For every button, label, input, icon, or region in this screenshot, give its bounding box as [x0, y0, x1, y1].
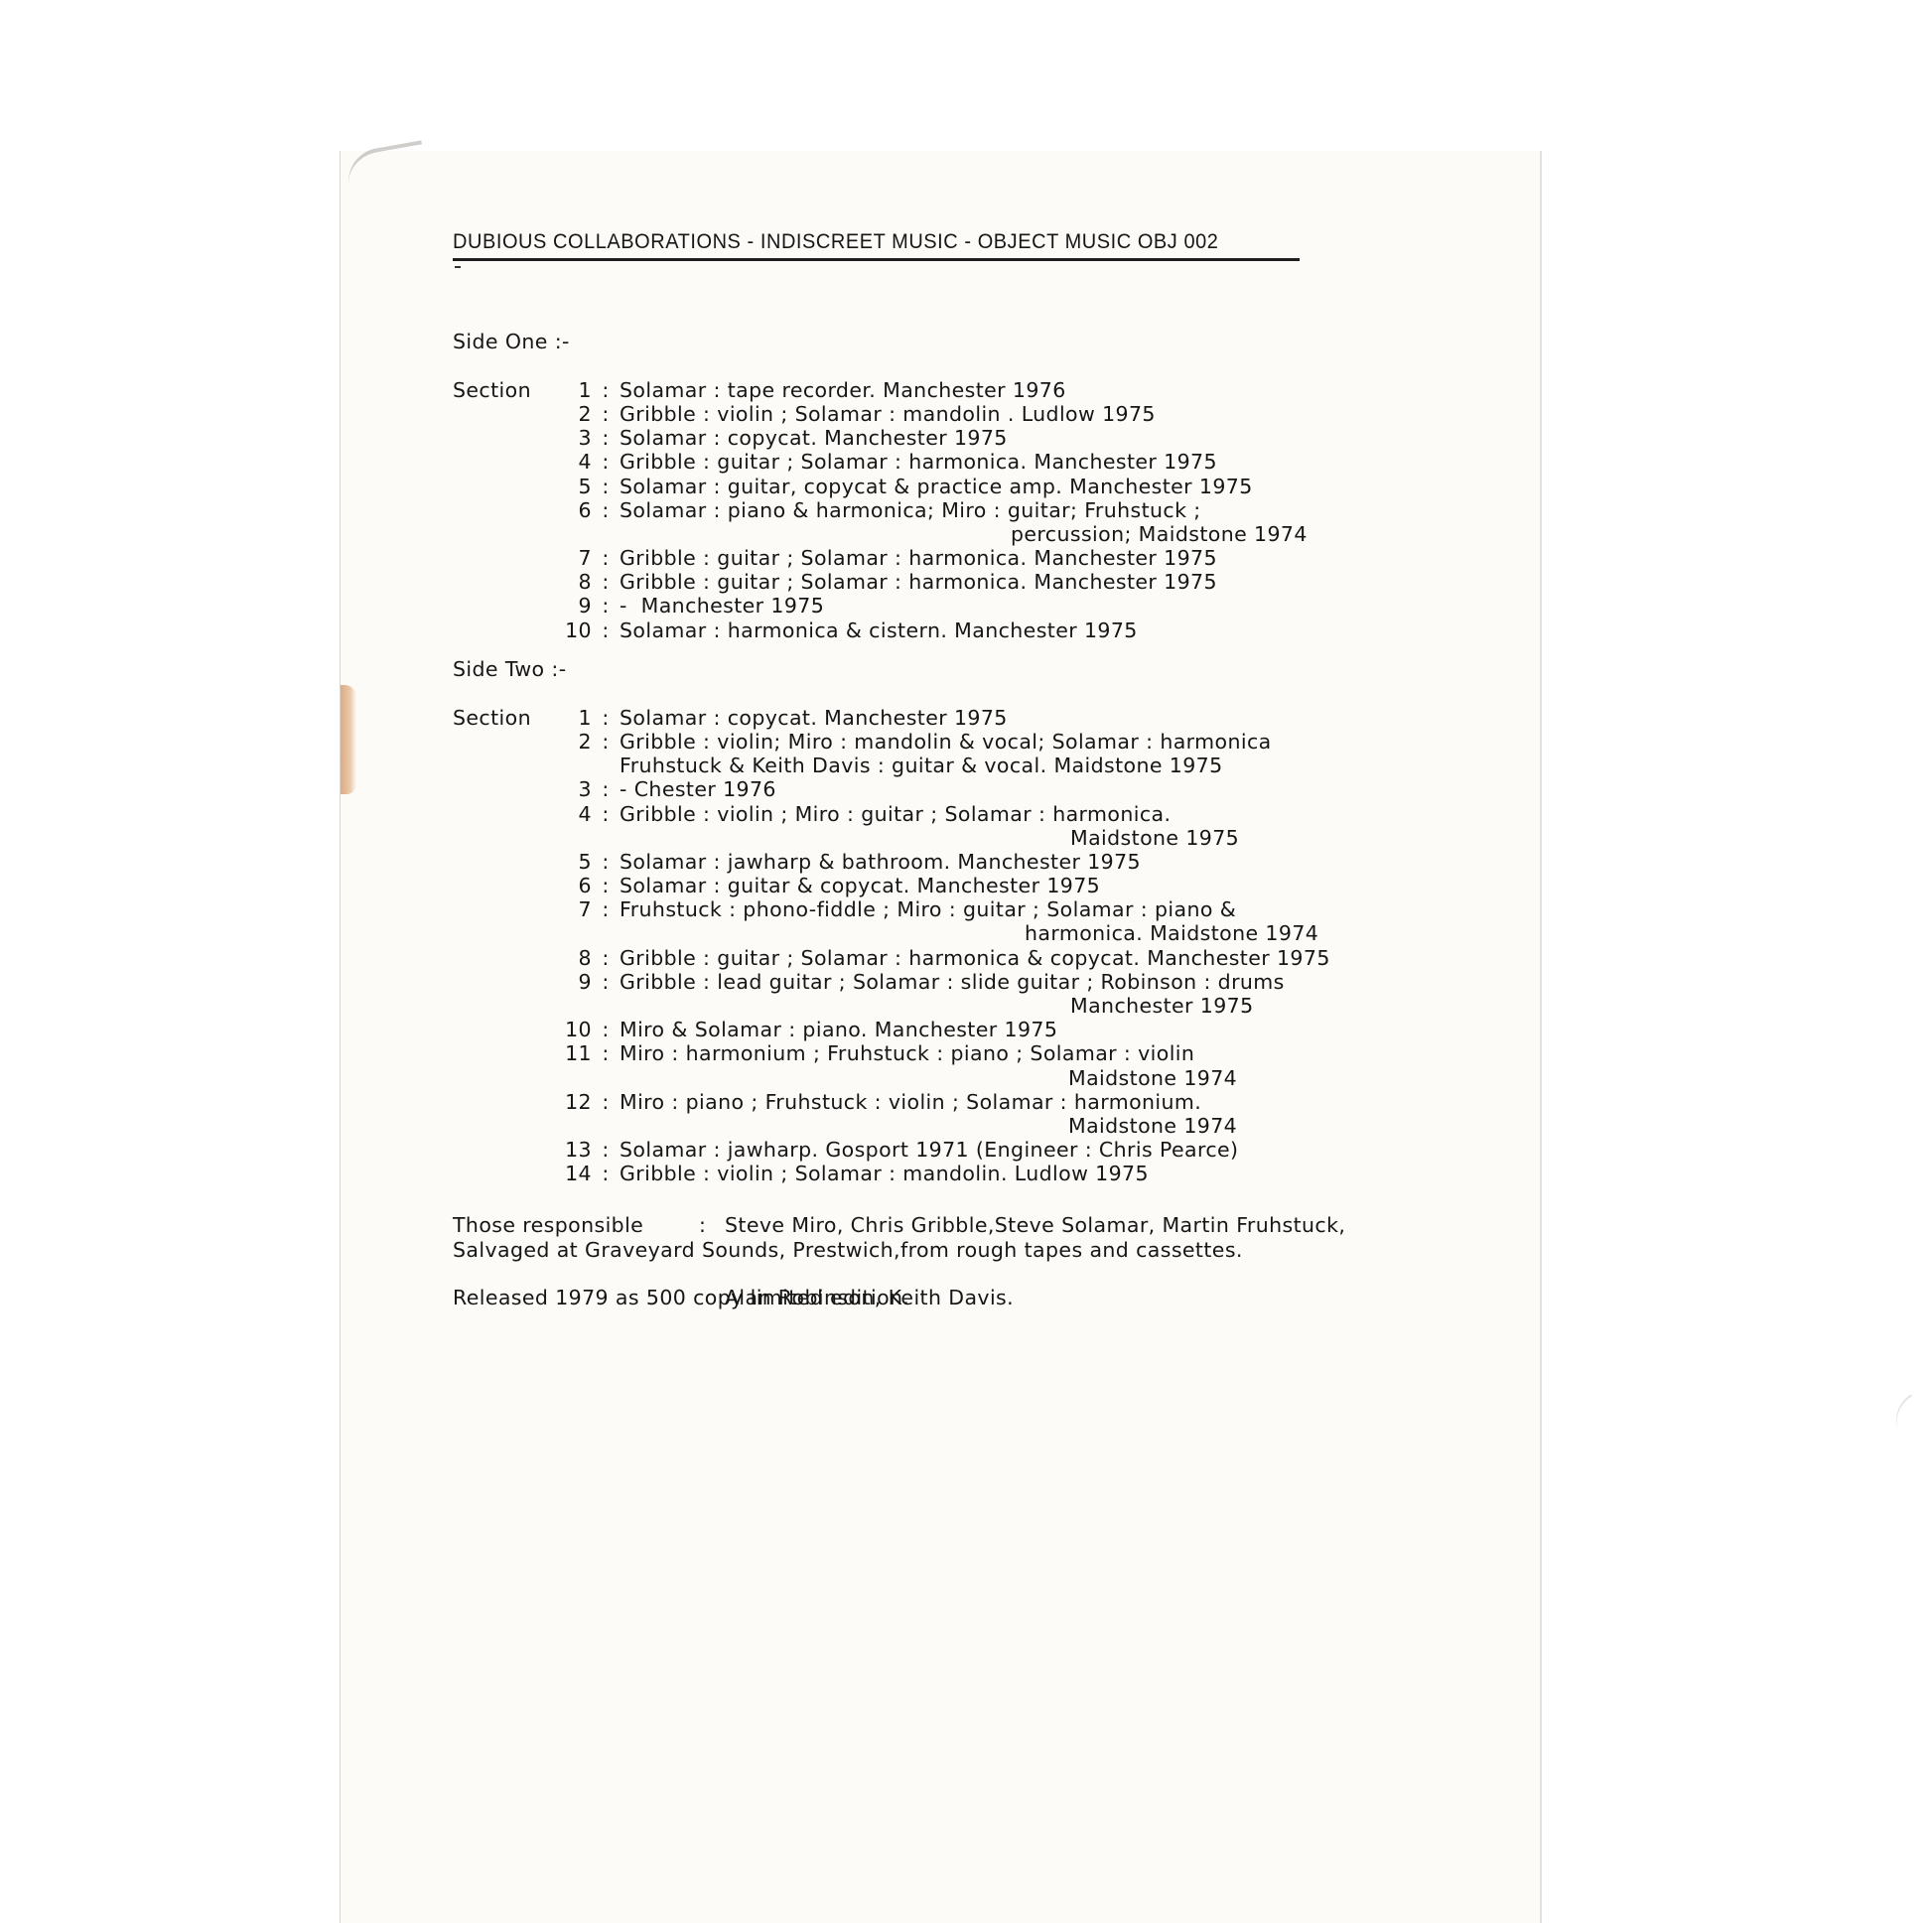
- track-credit: Fruhstuck : phono-fiddle ; Miro : guitar…: [620, 897, 1236, 921]
- track-credit: Maidstone 1975: [1070, 826, 1239, 850]
- track-row: 6:Solamar : guitar & copycat. Manchester…: [453, 874, 1330, 897]
- track-row: 2:Gribble : violin ; Solamar : mandolin …: [453, 402, 1308, 426]
- track-credit: Gribble : violin; Miro : mandolin & voca…: [620, 730, 1272, 754]
- paper-stain: [341, 685, 356, 794]
- track-row: 10:Miro & Solamar : piano. Manchester 19…: [453, 1018, 1330, 1041]
- title-underline: [453, 258, 1300, 261]
- side-two-tracklist: Side Two :- Section1:Solamar : copycat. …: [453, 610, 1330, 1186]
- track-row-continuation: Maidstone 1974: [453, 1114, 1330, 1138]
- track-number: 10: [562, 1018, 592, 1041]
- track-number: 1: [562, 378, 592, 402]
- credits-label: Those responsible: [453, 1213, 699, 1237]
- track-row-continuation: harmonica. Maidstone 1974: [453, 921, 1330, 945]
- track-row: 3:- Chester 1976: [453, 777, 1330, 801]
- track-credit: Miro : harmonium ; Fruhstuck : piano ; S…: [620, 1041, 1194, 1065]
- track-row: 9:Gribble : lead guitar ; Solamar : slid…: [453, 970, 1330, 994]
- track-number: 6: [562, 874, 592, 897]
- section-label: Section: [453, 706, 562, 730]
- track-credit: Manchester 1975: [1070, 994, 1254, 1018]
- track-row: 7:Gribble : guitar ; Solamar : harmonica…: [453, 546, 1308, 570]
- track-number: 6: [562, 498, 592, 522]
- track-number: 3: [562, 777, 592, 801]
- side-one-heading: Side One :-: [453, 330, 1308, 353]
- credits-line-1: Steve Miro, Chris Gribble,Steve Solamar,…: [725, 1213, 1345, 1237]
- side-two-heading: Side Two :-: [453, 657, 1330, 681]
- track-number: 5: [562, 475, 592, 498]
- track-credit: Gribble : guitar ; Solamar : harmonica. …: [620, 546, 1217, 570]
- track-number: 5: [562, 850, 592, 874]
- track-row: 5:Solamar : guitar, copycat & practice a…: [453, 475, 1308, 498]
- track-number: 7: [562, 546, 592, 570]
- track-credit: Gribble : violin ; Solamar : mandolin . …: [620, 402, 1156, 426]
- stray-mark: [455, 266, 461, 268]
- track-row: Section1:Solamar : copycat. Manchester 1…: [453, 706, 1330, 730]
- track-number: 12: [562, 1090, 592, 1114]
- track-row: 3:Solamar : copycat. Manchester 1975: [453, 426, 1308, 450]
- track-row: 11:Miro : harmonium ; Fruhstuck : piano …: [453, 1041, 1330, 1065]
- track-credit: Gribble : guitar ; Solamar : harmonica. …: [620, 450, 1217, 474]
- track-number: 7: [562, 897, 592, 921]
- track-credit: Solamar : piano & harmonica; Miro : guit…: [620, 498, 1201, 522]
- track-credit: harmonica. Maidstone 1974: [1025, 921, 1318, 945]
- track-row: 7:Fruhstuck : phono-fiddle ; Miro : guit…: [453, 897, 1330, 921]
- track-row-continuation: Maidstone 1974: [453, 1066, 1330, 1090]
- track-credit: Maidstone 1974: [1068, 1114, 1237, 1138]
- track-credit: - Chester 1976: [620, 777, 776, 801]
- track-number: 4: [562, 450, 592, 474]
- track-row-continuation: Manchester 1975: [453, 994, 1330, 1018]
- track-number: 11: [562, 1041, 592, 1065]
- track-number: 8: [562, 570, 592, 594]
- track-number: 2: [562, 730, 592, 754]
- track-number: 2: [562, 402, 592, 426]
- track-row: 6:Solamar : piano & harmonica; Miro : gu…: [453, 498, 1308, 522]
- track-row: Section1:Solamar : tape recorder. Manche…: [453, 378, 1308, 402]
- track-row: 8:Gribble : guitar ; Solamar : harmonica…: [453, 946, 1330, 970]
- track-row-continuation: Fruhstuck & Keith Davis : guitar & vocal…: [453, 754, 1330, 777]
- document-title: DUBIOUS COLLABORATIONS - INDISCREET MUSI…: [453, 230, 1218, 254]
- salvaged-note: Salvaged at Graveyard Sounds, Prestwich,…: [453, 1238, 1243, 1262]
- track-credit: Solamar : copycat. Manchester 1975: [620, 706, 1008, 730]
- scan-mark: [1885, 1395, 1927, 1438]
- track-credit: Solamar : jawharp & bathroom. Manchester…: [620, 850, 1141, 874]
- track-credit: Solamar : guitar & copycat. Manchester 1…: [620, 874, 1100, 897]
- track-row: 4:Gribble : guitar ; Solamar : harmonica…: [453, 450, 1308, 474]
- track-credit: Miro & Solamar : piano. Manchester 1975: [620, 1018, 1057, 1041]
- track-credit: Solamar : guitar, copycat & practice amp…: [620, 475, 1253, 498]
- track-row: 4:Gribble : violin ; Miro : guitar ; Sol…: [453, 802, 1330, 826]
- track-number: 13: [562, 1138, 592, 1162]
- track-row: 8:Gribble : guitar ; Solamar : harmonica…: [453, 570, 1308, 594]
- track-row: 5:Solamar : jawharp & bathroom. Manchest…: [453, 850, 1330, 874]
- release-note: Released 1979 as 500 copy limited editio…: [453, 1286, 909, 1309]
- track-credit: Solamar : copycat. Manchester 1975: [620, 426, 1008, 450]
- track-number: 3: [562, 426, 592, 450]
- track-credit: Solamar : tape recorder. Manchester 1976: [620, 378, 1066, 402]
- track-row: 13:Solamar : jawharp. Gosport 1971 (Engi…: [453, 1138, 1330, 1162]
- track-number: 4: [562, 802, 592, 826]
- side-one-tracklist: Side One :- Section1:Solamar : tape reco…: [453, 282, 1308, 642]
- track-row: 12:Miro : piano ; Fruhstuck : violin ; S…: [453, 1090, 1330, 1114]
- track-credit: percussion; Maidstone 1974: [1011, 522, 1308, 546]
- track-credit: Solamar : jawharp. Gosport 1971 (Enginee…: [620, 1138, 1238, 1162]
- track-credit: Gribble : violin ; Miro : guitar ; Solam…: [620, 802, 1171, 826]
- track-credit: Gribble : guitar ; Solamar : harmonica &…: [620, 946, 1330, 970]
- track-row-continuation: Maidstone 1975: [453, 826, 1330, 850]
- track-credit: Maidstone 1974: [1068, 1066, 1237, 1090]
- track-row-continuation: percussion; Maidstone 1974: [453, 522, 1308, 546]
- track-credit: Fruhstuck & Keith Davis : guitar & vocal…: [620, 754, 1223, 777]
- track-number: 8: [562, 946, 592, 970]
- track-number: 9: [562, 970, 592, 994]
- track-row: 2:Gribble : violin; Miro : mandolin & vo…: [453, 730, 1330, 754]
- track-number: 1: [562, 706, 592, 730]
- section-label: Section: [453, 378, 562, 402]
- track-credit: Miro : piano ; Fruhstuck : violin ; Sola…: [620, 1090, 1201, 1114]
- track-credit: Gribble : guitar ; Solamar : harmonica. …: [620, 570, 1217, 594]
- track-credit: Gribble : lead guitar ; Solamar : slide …: [620, 970, 1285, 994]
